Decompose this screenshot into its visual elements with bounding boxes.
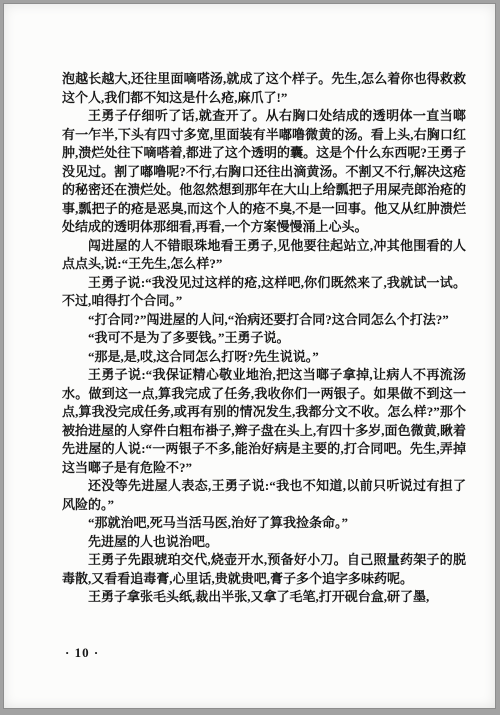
paragraph: 闯进屋的人不错眼珠地看王勇子,见他要往起站立,冲其他围看的人点点头,说:“王先生… — [62, 237, 466, 274]
paragraph: 王勇子拿张毛头纸,裁出半张,又拿了毛笔,打开砚台盒,研了墨, — [62, 588, 466, 607]
paragraph: 还没等先进屋人表态,王勇子说:“我也不知道,以前只听说过有担了风险的。” — [62, 477, 466, 514]
paragraph: 王勇子说:“我保证精心敬业地治,把这当啷子拿掉,让病人不再流汤水。做到这一点,算… — [62, 366, 466, 477]
paragraph: 泡越长越大,还往里面嘀嗒汤,就成了这个样子。先生,怎么着你也得救救这个人,我们都… — [62, 70, 466, 107]
paragraph: 先进屋的人也说治吧。 — [62, 533, 466, 552]
page-number: · 10 · — [65, 645, 99, 661]
paragraph: “那就治吧,死马当活马医,治好了算我捡条命。” — [62, 514, 466, 533]
book-page: 泡越长越大,还往里面嘀嗒汤,就成了这个样子。先生,怎么着你也得救救这个人,我们都… — [3, 3, 496, 709]
paragraph: 王勇子仔细听了话,就查开了。从右胸口处结成的透明体一直当啷有一乍半,下头有四寸多… — [62, 107, 466, 237]
paragraph: 王勇子说:“我没见过这样的疮,这样吧,你们既然来了,我就试一试。不过,咱得打个合… — [62, 274, 466, 311]
scan-background: { "page": { "page_number": "· 10 ·", "pa… — [0, 0, 500, 715]
paragraph: “打合同?”闯进屋的人问,“治病还要打合同?这合同怎么个打法?” — [62, 311, 466, 330]
paragraph: 王勇子先跟琥珀交代,烧壶开水,预备好小刀。自己照量药架子的脱毒散,又看看追毒膏,… — [62, 551, 466, 588]
paragraph: “那是,是,哎,这合同怎么打呀?先生说说。” — [62, 348, 466, 367]
text-block: 泡越长越大,还往里面嘀嗒汤,就成了这个样子。先生,怎么着你也得救救这个人,我们都… — [62, 70, 466, 607]
paragraph: “我可不是为了多要钱。”王勇子说。 — [62, 329, 466, 348]
